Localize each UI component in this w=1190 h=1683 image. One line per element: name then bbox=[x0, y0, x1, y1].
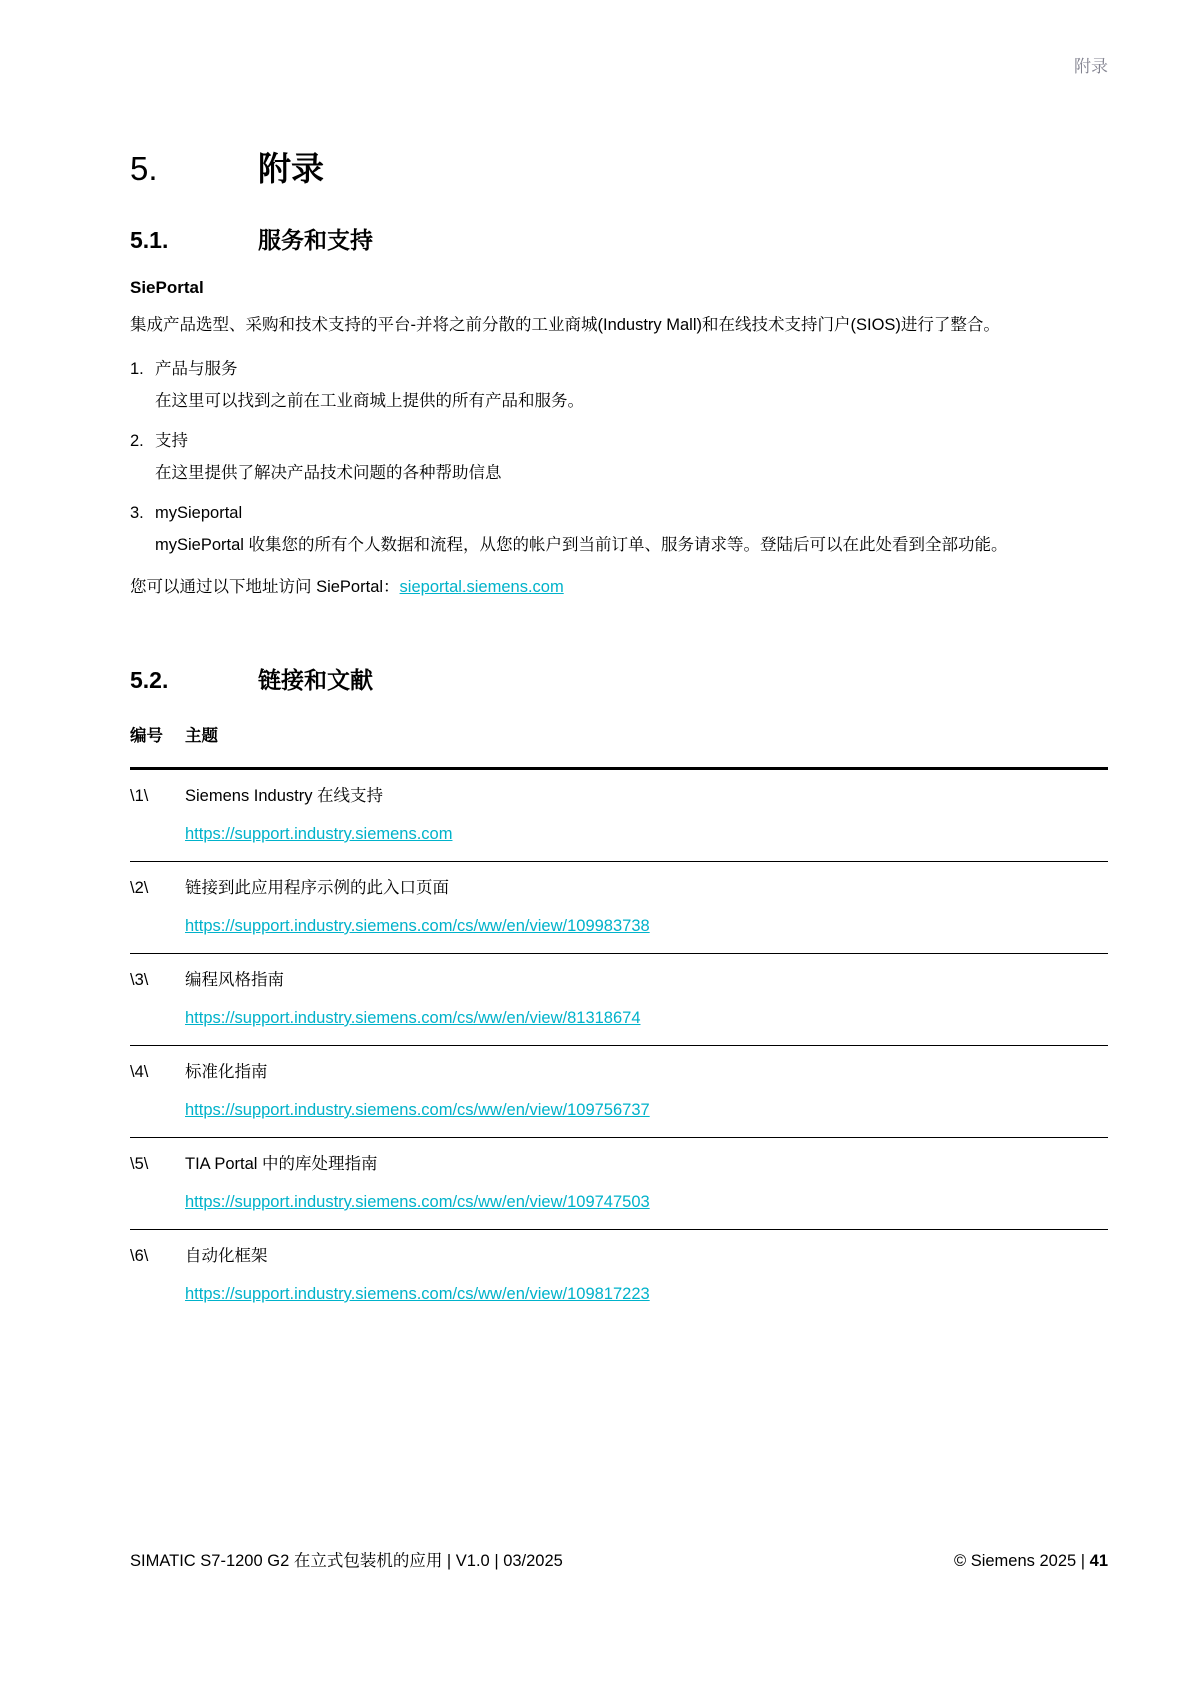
list-item-title: 支持 bbox=[155, 429, 502, 453]
section-number: 5.1. bbox=[130, 225, 258, 255]
chapter-heading: 5. 附录 bbox=[130, 148, 1108, 190]
table-row: \5\ TIA Portal 中的库处理指南 https://support.i… bbox=[130, 1138, 1108, 1230]
row-body: TIA Portal 中的库处理指南 https://support.indus… bbox=[185, 1153, 650, 1214]
list-item-body: 支持 在这里提供了解决产品技术问题的各种帮助信息 bbox=[155, 429, 502, 485]
table-row: \6\ 自动化框架 https://support.industry.sieme… bbox=[130, 1230, 1108, 1321]
list-item-title: mySieportal bbox=[155, 501, 1008, 525]
row-id: \6\ bbox=[130, 1245, 185, 1306]
list-item-description: 在这里提供了解决产品技术问题的各种帮助信息 bbox=[155, 461, 502, 485]
list-item-body: 产品与服务 在这里可以找到之前在工业商城上提供的所有产品和服务。 bbox=[155, 357, 584, 413]
chapter-title: 附录 bbox=[258, 148, 324, 190]
row-topic: 自动化框架 bbox=[185, 1245, 650, 1268]
table-row: \2\ 链接到此应用程序示例的此入口页面 https://support.ind… bbox=[130, 862, 1108, 954]
list-item-number: 2. bbox=[130, 429, 155, 485]
row-link[interactable]: https://support.industry.siemens.com/cs/… bbox=[185, 1191, 650, 1214]
row-id: \4\ bbox=[130, 1061, 185, 1122]
footer-copyright: © Siemens 2025 | 41 bbox=[954, 1550, 1108, 1572]
sieportal-intro-paragraph: 集成产品选型、采购和技术支持的平台-并将之前分散的工业商城(Industry M… bbox=[130, 313, 1108, 337]
page-footer: SIMATIC S7-1200 G2 在立式包装机的应用 | V1.0 | 03… bbox=[130, 1550, 1108, 1572]
row-topic: Siemens Industry 在线支持 bbox=[185, 785, 452, 808]
list-item-description: mySiePortal 收集您的所有个人数据和流程，从您的帐户到当前订单、服务请… bbox=[155, 533, 1008, 557]
row-id: \5\ bbox=[130, 1153, 185, 1214]
section-heading-5-1: 5.1. 服务和支持 bbox=[130, 225, 1108, 255]
sieportal-feature-list: 1. 产品与服务 在这里可以找到之前在工业商城上提供的所有产品和服务。 2. 支… bbox=[130, 357, 1108, 557]
footer-document-title: SIMATIC S7-1200 G2 在立式包装机的应用 | V1.0 | 03… bbox=[130, 1550, 563, 1572]
row-link[interactable]: https://support.industry.siemens.com/cs/… bbox=[185, 1283, 650, 1306]
row-topic: 链接到此应用程序示例的此入口页面 bbox=[185, 877, 650, 900]
row-id: \2\ bbox=[130, 877, 185, 938]
section-number: 5.2. bbox=[130, 665, 258, 695]
column-header-number: 编号 bbox=[130, 725, 185, 747]
row-body: 自动化框架 https://support.industry.siemens.c… bbox=[185, 1245, 650, 1306]
list-item-title: 产品与服务 bbox=[155, 357, 584, 381]
document-page: 附录 5. 附录 5.1. 服务和支持 SiePortal 集成产品选型、采购和… bbox=[0, 0, 1190, 1683]
list-item: 2. 支持 在这里提供了解决产品技术问题的各种帮助信息 bbox=[130, 429, 1108, 485]
chapter-number: 5. bbox=[130, 148, 258, 190]
row-link[interactable]: https://support.industry.siemens.com bbox=[185, 823, 452, 846]
sieportal-access-text: 您可以通过以下地址访问 SiePortal： bbox=[130, 578, 400, 596]
row-body: 链接到此应用程序示例的此入口页面 https://support.industr… bbox=[185, 877, 650, 938]
row-body: 编程风格指南 https://support.industry.siemens.… bbox=[185, 969, 641, 1030]
table-row: \4\ 标准化指南 https://support.industry.sieme… bbox=[130, 1046, 1108, 1138]
row-topic: 标准化指南 bbox=[185, 1061, 650, 1084]
row-link[interactable]: https://support.industry.siemens.com/cs/… bbox=[185, 1099, 650, 1122]
sieportal-subheading: SiePortal bbox=[130, 277, 1108, 299]
list-item-number: 3. bbox=[130, 501, 155, 557]
section-heading-5-2: 5.2. 链接和文献 bbox=[130, 665, 1108, 695]
row-topic: 编程风格指南 bbox=[185, 969, 641, 992]
row-link[interactable]: https://support.industry.siemens.com/cs/… bbox=[185, 915, 650, 938]
footer-page-number: 41 bbox=[1090, 1552, 1108, 1570]
footer-copyright-text: © Siemens 2025 | bbox=[954, 1552, 1090, 1570]
row-id: \1\ bbox=[130, 785, 185, 846]
list-item: 1. 产品与服务 在这里可以找到之前在工业商城上提供的所有产品和服务。 bbox=[130, 357, 1108, 413]
column-header-topic: 主题 bbox=[185, 725, 218, 747]
table-row: \3\ 编程风格指南 https://support.industry.siem… bbox=[130, 954, 1108, 1046]
section-title: 服务和支持 bbox=[258, 225, 373, 255]
section-title: 链接和文献 bbox=[258, 665, 373, 695]
row-topic: TIA Portal 中的库处理指南 bbox=[185, 1153, 650, 1176]
links-table-header: 编号 主题 bbox=[130, 725, 1108, 770]
row-link[interactable]: https://support.industry.siemens.com/cs/… bbox=[185, 1007, 641, 1030]
page-content: 5. 附录 5.1. 服务和支持 SiePortal 集成产品选型、采购和技术支… bbox=[130, 0, 1108, 1321]
sieportal-link[interactable]: sieportal.siemens.com bbox=[400, 578, 564, 596]
row-id: \3\ bbox=[130, 969, 185, 1030]
table-row: \1\ Siemens Industry 在线支持 https://suppor… bbox=[130, 770, 1108, 862]
list-item-body: mySieportal mySiePortal 收集您的所有个人数据和流程，从您… bbox=[155, 501, 1008, 557]
row-body: Siemens Industry 在线支持 https://support.in… bbox=[185, 785, 452, 846]
list-item: 3. mySieportal mySiePortal 收集您的所有个人数据和流程… bbox=[130, 501, 1108, 557]
sieportal-access-line: 您可以通过以下地址访问 SiePortal：sieportal.siemens.… bbox=[130, 575, 1108, 599]
list-item-description: 在这里可以找到之前在工业商城上提供的所有产品和服务。 bbox=[155, 389, 584, 413]
row-body: 标准化指南 https://support.industry.siemens.c… bbox=[185, 1061, 650, 1122]
list-item-number: 1. bbox=[130, 357, 155, 413]
